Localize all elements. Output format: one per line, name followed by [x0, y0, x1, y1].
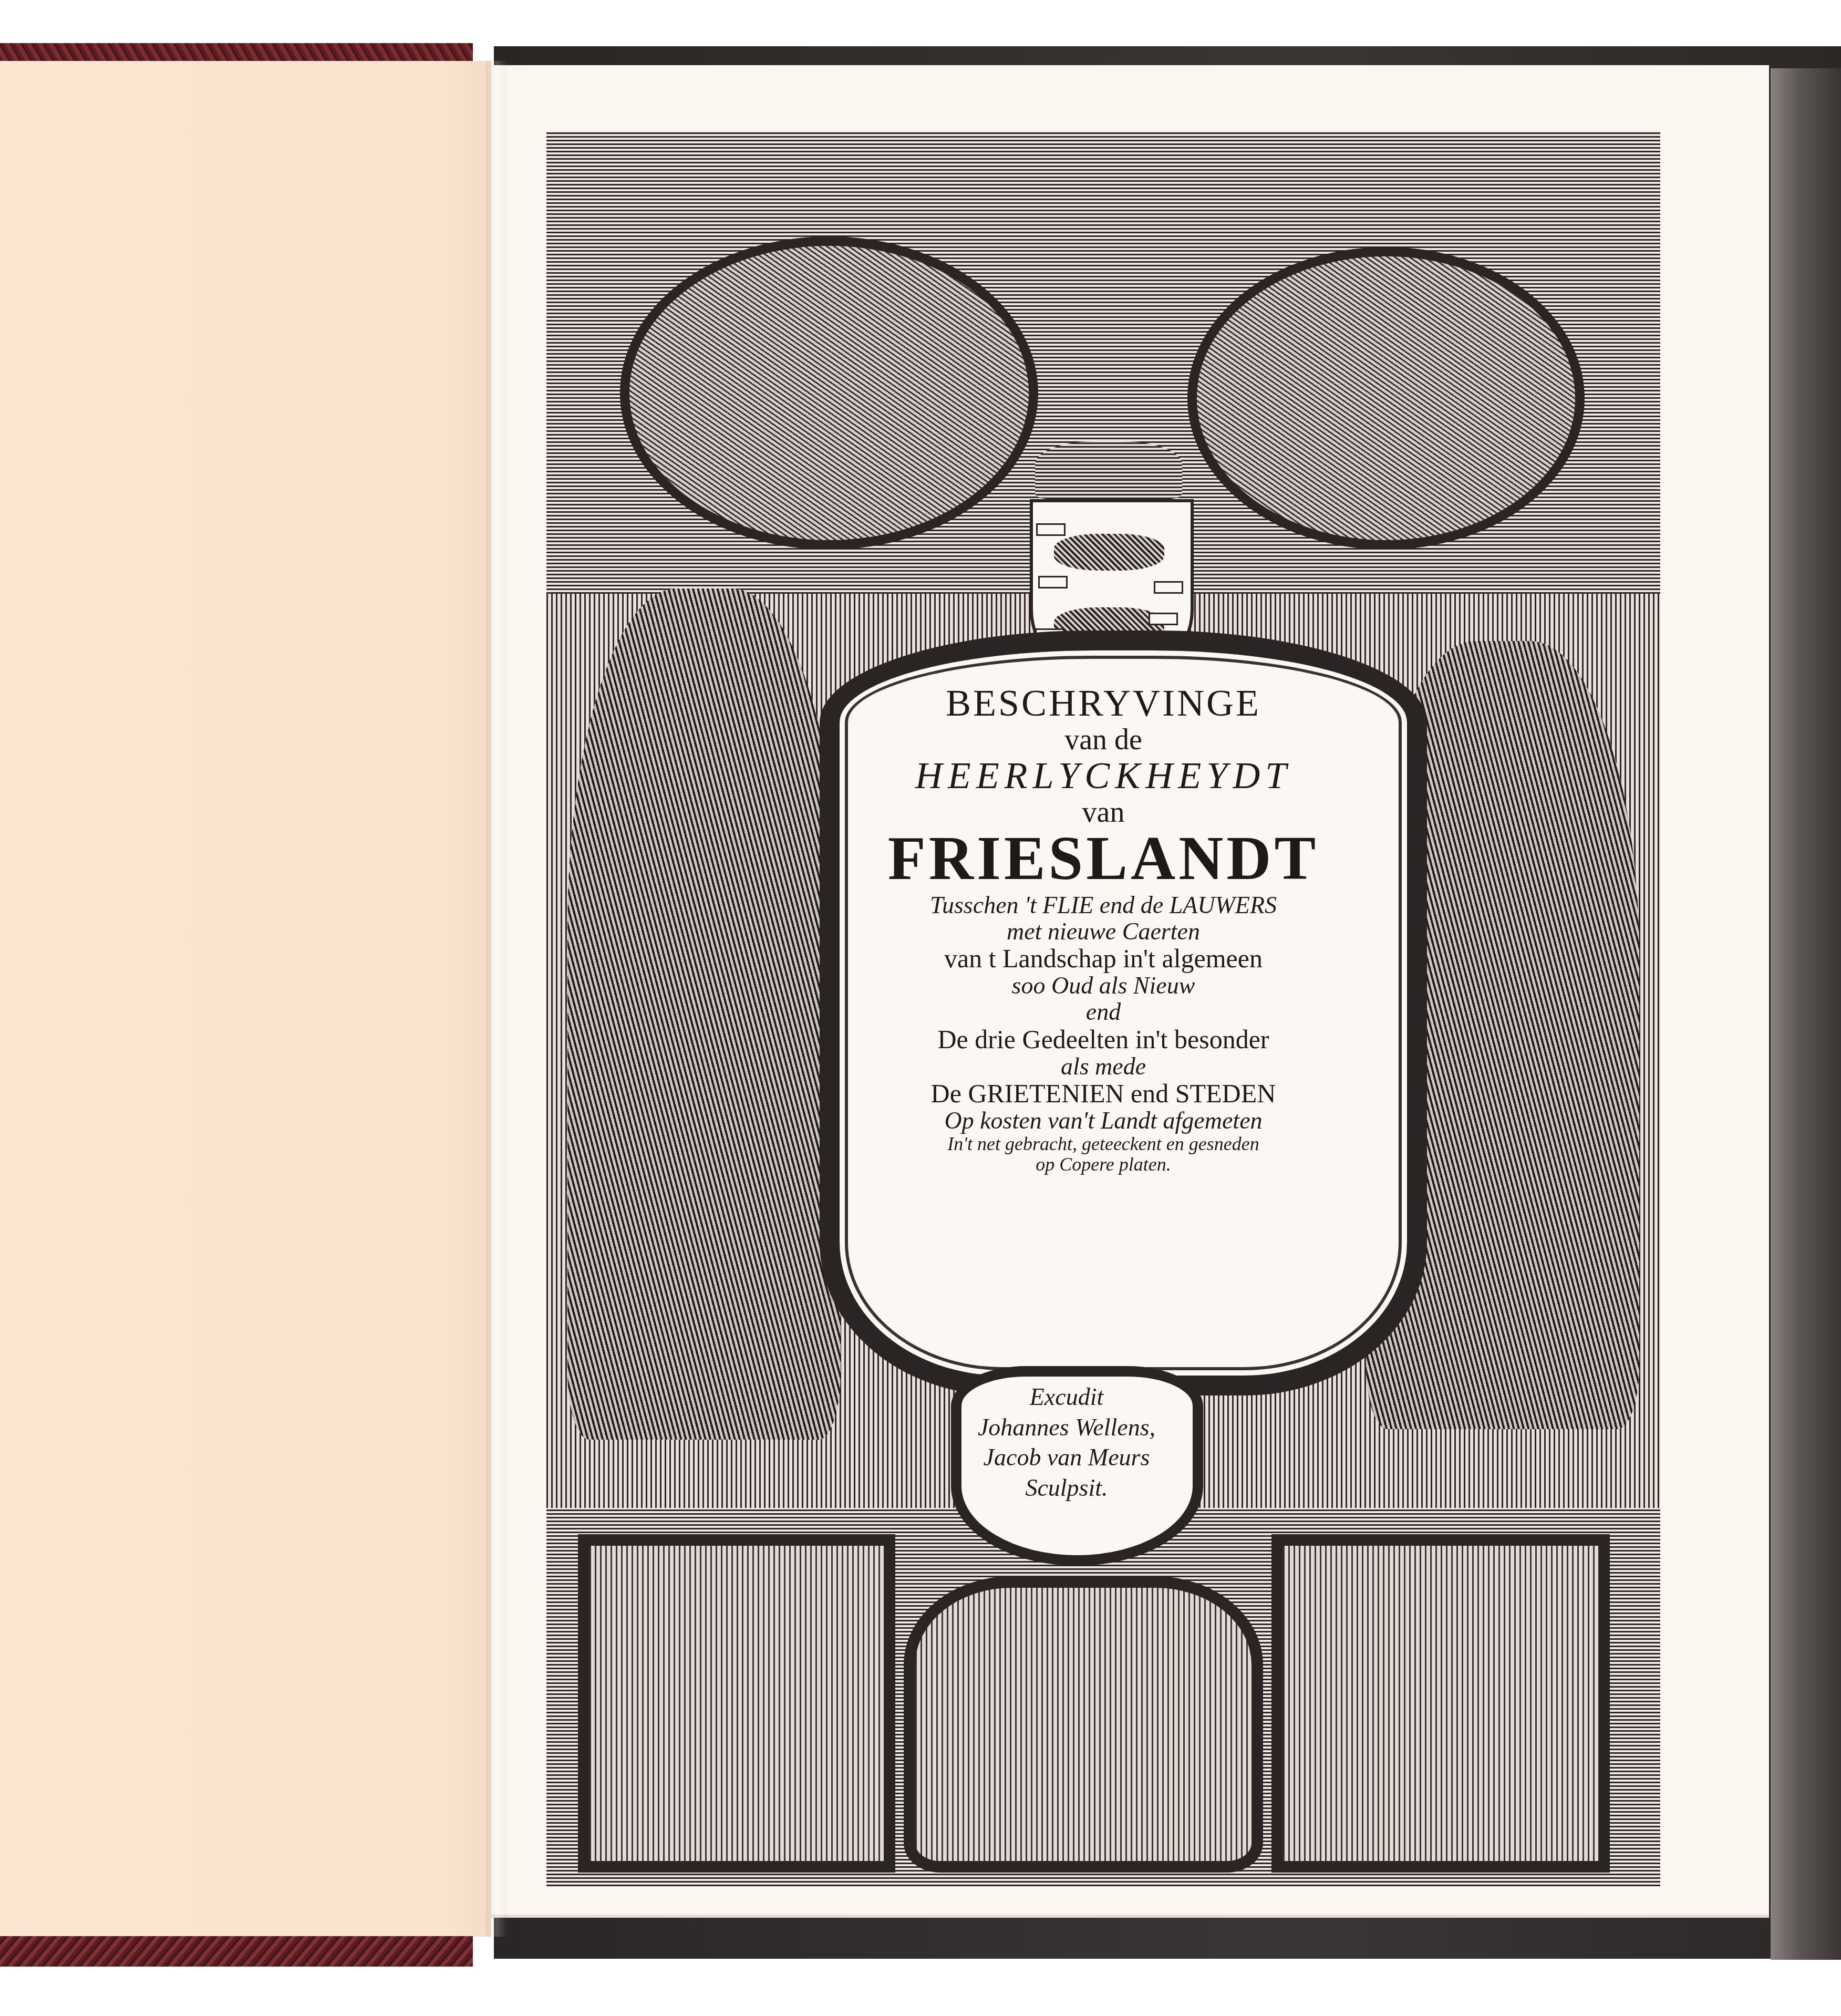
title-line: met nieuwe Caerten: [835, 918, 1371, 945]
imprint-line: Sculpsit.: [940, 1473, 1193, 1503]
title-line: soo Oud als Nieuw: [835, 973, 1371, 999]
bottom-right-altar-panel: [1271, 1534, 1610, 1873]
left-endpaper: [0, 61, 491, 1937]
title-line: als mede: [835, 1053, 1371, 1080]
title-line: van de: [835, 724, 1371, 756]
title-line: end: [835, 999, 1371, 1025]
title-line: BESCHRYVINGE: [835, 683, 1371, 724]
book-cover-bottom-edge: [0, 1936, 473, 1967]
billet: [1038, 576, 1068, 588]
book-gutter: [486, 61, 507, 1937]
title-line: Op kosten van't Landt afgemeten: [835, 1108, 1371, 1134]
bottom-center-book-panel: [904, 1576, 1263, 1873]
title-line: HEERLYCKHEYDT: [835, 756, 1371, 797]
bottom-left-preacher-panel: [578, 1534, 895, 1873]
lion-upper-icon: [1054, 534, 1164, 571]
book-cover-top-edge: [0, 43, 473, 61]
left-king-figure: [567, 588, 841, 1440]
title-line: op Copere platen.: [835, 1154, 1371, 1175]
imprint-block: Excudit Johannes Wellens, Jacob van Meur…: [940, 1382, 1193, 1503]
title-line: Tusschen 't FLIE end de LAUWERS: [835, 892, 1371, 918]
imprint-line: Johannes Wellens,: [940, 1412, 1193, 1443]
imprint-line: Jacob van Meurs: [940, 1442, 1193, 1473]
title-line: van t Landschap in't algemeen: [835, 944, 1371, 973]
billet: [1154, 581, 1183, 594]
title-block: BESCHRYVINGE van de HEERLYCKHEYDT van FR…: [835, 683, 1371, 1175]
title-line: De drie Gedeelten in't besonder: [835, 1025, 1371, 1053]
billet: [1149, 613, 1178, 625]
title-line: In't net gebracht, geteeckent en gesnede…: [835, 1134, 1371, 1154]
imprint-line: Excudit: [940, 1382, 1193, 1412]
top-left-assembly-vignette: [620, 236, 1038, 550]
top-right-battle-vignette: [1187, 247, 1585, 550]
main-title: FRIESLANDT: [835, 825, 1371, 892]
crown-icon: [1035, 441, 1182, 499]
billet: [1036, 523, 1066, 536]
title-line: De GRIETENIEN end STEDEN: [835, 1079, 1371, 1108]
book-board-edge-shadow: [1771, 68, 1841, 1960]
title-line: van: [835, 797, 1371, 828]
